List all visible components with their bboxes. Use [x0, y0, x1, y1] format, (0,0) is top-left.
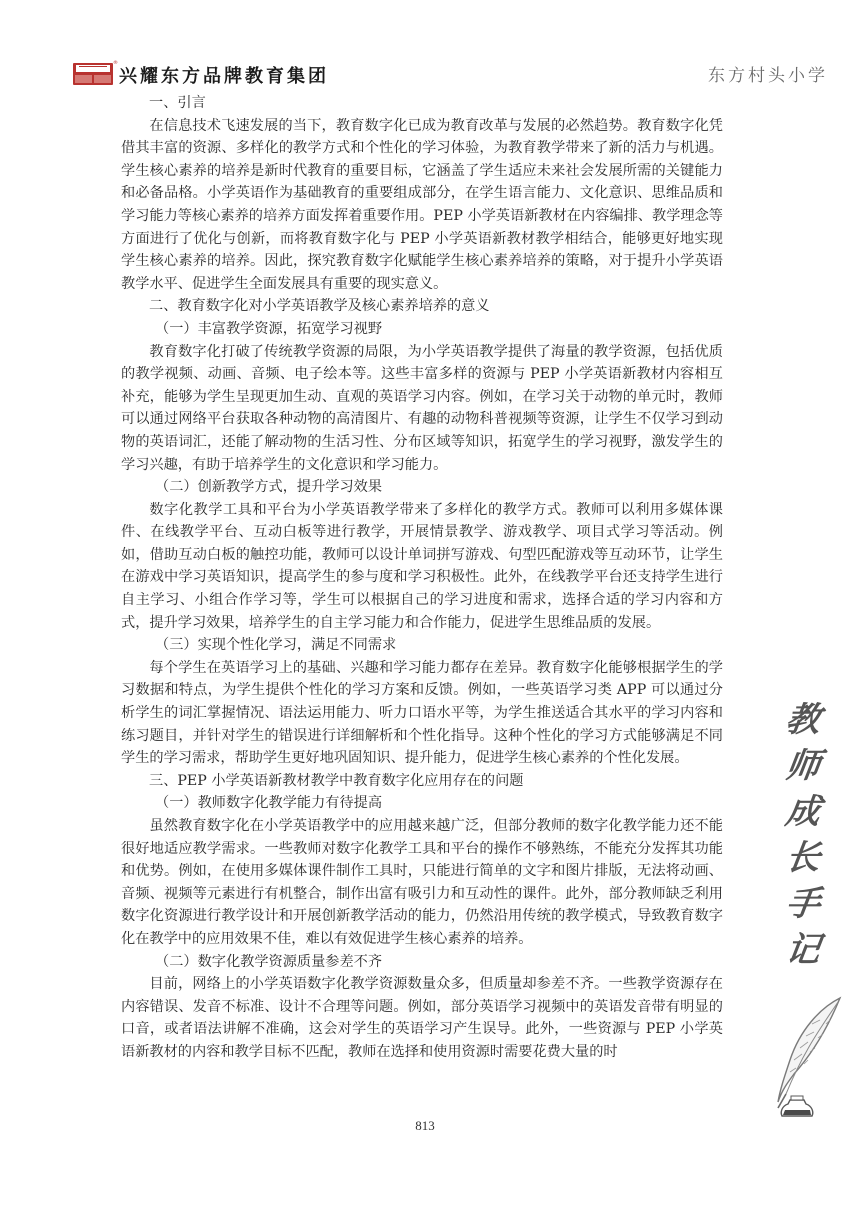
page-header: ® 兴耀东方品牌教育集团 东方村头小学 — [0, 0, 850, 90]
subsection-heading-personalized-learning: （三）实现个性化学习，满足不同需求 — [121, 634, 723, 657]
subsection-heading-resource-quality: （二）数字化教学资源质量参差不齐 — [121, 951, 723, 974]
calligraphy-char: 成 — [783, 789, 823, 835]
quill-and-inkwell-icon — [760, 990, 850, 1120]
paragraph-introduction: 在信息技术飞速发展的当下，教育数字化已成为教育改革与发展的必然趋势。教育数字化凭… — [121, 115, 723, 296]
group-name: 兴耀东方品牌教育集团 — [119, 62, 329, 88]
paragraph-personalized-learning: 每个学生在英语学习上的基础、兴趣和学习能力都存在差异。教育数字化能够根据学生的学… — [121, 657, 723, 770]
paragraph-teacher-ability: 虽然教育数字化在小学英语教学中的应用越来越广泛，但部分教师的数字化教学能力还不能… — [121, 815, 723, 951]
calligraphy-char: 记 — [783, 927, 823, 973]
subsection-heading-teacher-ability: （一）教师数字化教学能力有待提高 — [121, 792, 723, 815]
calligraphy-decoration: 教 师 成 长 手 记 — [773, 697, 833, 973]
subsection-heading-innovative-methods: （二）创新教学方式，提升学习效果 — [121, 476, 723, 499]
registered-mark: ® — [113, 60, 118, 66]
paragraph-resource-quality: 目前，网络上的小学英语数字化教学资源数量众多，但质量却参差不齐。一些教学资源存在… — [121, 973, 723, 1063]
subsection-heading-rich-resources: （一）丰富教学资源，拓宽学习视野 — [121, 318, 723, 341]
calligraphy-char: 手 — [783, 881, 823, 927]
calligraphy-char: 长 — [783, 835, 823, 881]
calligraphy-char: 教 — [783, 697, 823, 743]
paragraph-innovative-methods: 数字化教学工具和平台为小学英语教学带来了多样化的教学方式。教师可以利用多媒体课件… — [121, 499, 723, 635]
section-heading-problems: 三、PEP 小学英语新教材教学中教育数字化应用存在的问题 — [121, 770, 723, 793]
calligraphy-char: 师 — [783, 743, 823, 789]
section-heading-introduction: 一、引言 — [121, 92, 723, 115]
paragraph-rich-resources: 教育数字化打破了传统教学资源的局限，为小学英语教学提供了海量的教学资源，包括优质… — [121, 341, 723, 477]
brand-logo-icon — [73, 63, 113, 85]
school-name: 东方村头小学 — [708, 61, 828, 86]
article-body: 一、引言 在信息技术飞速发展的当下，教育数字化已成为教育改革与发展的必然趋势。教… — [121, 92, 723, 1064]
section-heading-significance: 二、教育数字化对小学英语教学及核心素养培养的意义 — [121, 295, 723, 318]
page-number: 813 — [0, 1118, 850, 1134]
